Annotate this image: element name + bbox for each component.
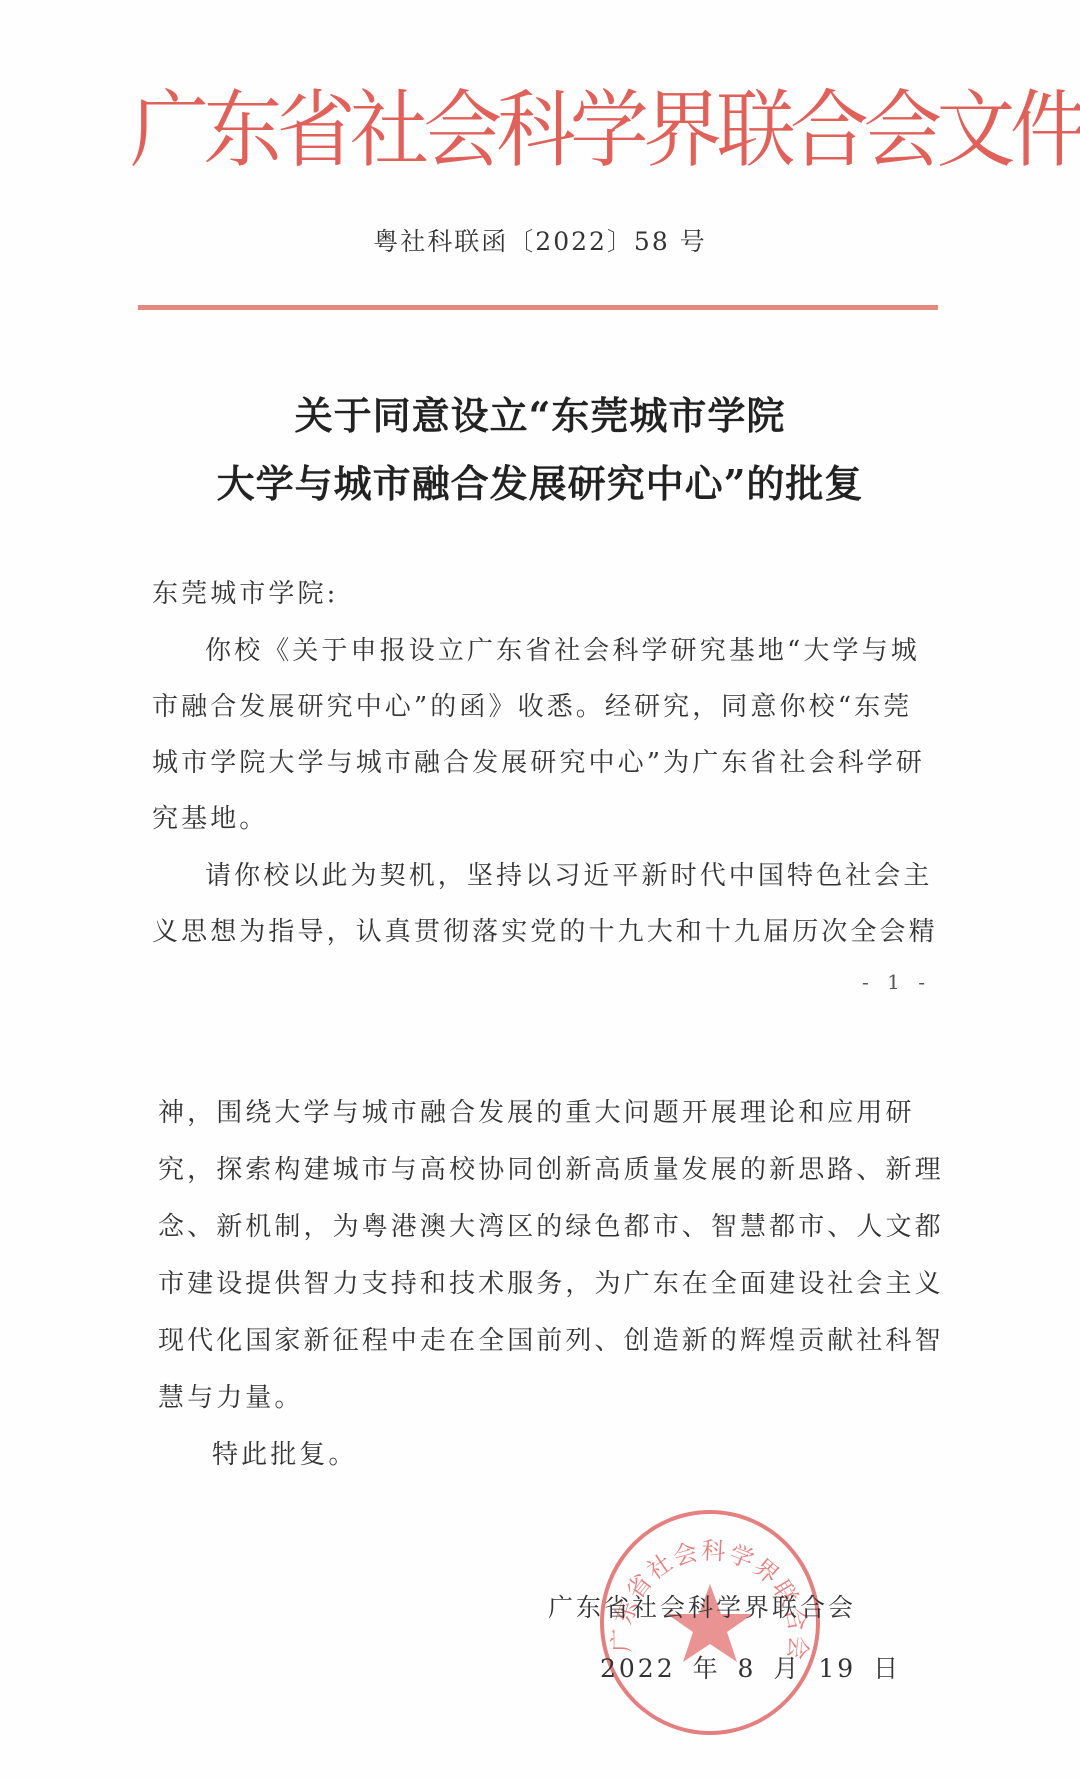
- signing-date: 2022 年 8 月 19 日: [600, 1649, 901, 1685]
- document-header-title: 广东省社会科学界联合会文件: [130, 70, 901, 190]
- addressee: 东莞城市学院:: [152, 573, 922, 610]
- body-line: 究基地。: [152, 798, 922, 835]
- document-title-line-2: 大学与城市融合发展研究中心”的批复: [0, 453, 1080, 508]
- body-line: 请你校以此为契机，坚持以习近平新时代中国特色社会主: [205, 855, 975, 892]
- body-line: 义思想为指导，认真贯彻落实党的十九大和十九届历次全会精: [152, 911, 922, 948]
- document-page-1: 广东省社会科学界联合会文件 粤社科联函〔2022〕58 号 关于同意设立“东莞城…: [0, 0, 1080, 1010]
- red-header-rule: [138, 305, 938, 310]
- body-line: 慧与力量。: [158, 1377, 928, 1414]
- signing-organization: 广东省社会科学界联合会: [548, 1588, 856, 1624]
- page-number: - 1 -: [862, 970, 931, 994]
- body-line: 市建设提供智力支持和技术服务，为广东在全面建设社会主义: [158, 1263, 928, 1300]
- document-number: 粤社科联函〔2022〕58 号: [0, 222, 1080, 258]
- body-line: 城市学院大学与城市融合发展研究中心”为广东省社会科学研: [152, 742, 922, 779]
- body-line: 现代化国家新征程中走在全国前列、创造新的辉煌贡献社科智: [158, 1320, 928, 1357]
- document-title-line-1: 关于同意设立“东莞城市学院: [0, 385, 1080, 440]
- body-line: 究，探索构建城市与高校协同创新高质量发展的新思路、新理: [158, 1149, 928, 1186]
- body-line: 念、新机制，为粤港澳大湾区的绿色都市、智慧都市、人文都: [158, 1206, 928, 1243]
- body-line: 市融合发展研究中心”的函》收悉。经研究，同意你校“东莞: [152, 686, 922, 723]
- body-line: 你校《关于申报设立广东省社会科学研究基地“大学与城: [205, 630, 975, 667]
- body-line: 神，围绕大学与城市融合发展的重大问题开展理论和应用研: [158, 1092, 928, 1129]
- closing-remark: 特此批复。: [212, 1434, 982, 1471]
